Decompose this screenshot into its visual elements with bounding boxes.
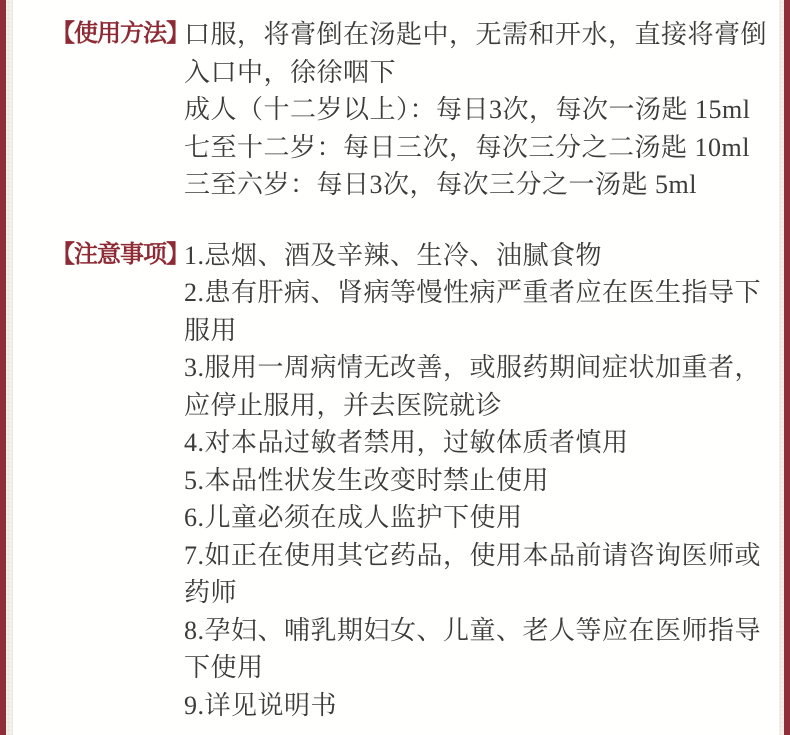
instructions-panel: 【使用方法】 口服，将膏倒在汤匙中，无需和开水，直接将膏倒 入口中，徐徐咽下 成…	[13, 0, 779, 735]
precaution-line: 1.忌烟、酒及辛辣、生冷、油腻食物	[184, 237, 761, 275]
precaution-line: 服用	[184, 312, 761, 350]
precautions-section: 【注意事项】 1.忌烟、酒及辛辣、生冷、油腻食物 2.患有肝病、肾病等慢性病严重…	[51, 237, 761, 725]
precaution-line: 2.患有肝病、肾病等慢性病严重者应在医生指导下	[184, 274, 761, 312]
precautions-section-body: 1.忌烟、酒及辛辣、生冷、油腻食物 2.患有肝病、肾病等慢性病严重者应在医生指导…	[184, 237, 761, 725]
precaution-line: 5.本品性状发生改变时禁止使用	[184, 462, 761, 500]
precaution-line: 应停止服用，并去医院就诊	[184, 387, 761, 425]
usage-section-label: 【使用方法】	[51, 16, 184, 54]
usage-line: 七至十二岁：每日三次，每次三分之二汤匙 10ml	[184, 129, 767, 167]
precaution-line: 8.孕妇、哺乳期妇女、儿童、老人等应在医师指导	[184, 612, 761, 650]
precaution-line: 3.服用一周病情无改善，或服药期间症状加重者，	[184, 349, 761, 387]
product-instructions-page: { "page": { "background_color": "#f5f1ea…	[0, 0, 790, 735]
left-accent-bar	[0, 0, 6, 735]
usage-section: 【使用方法】 口服，将膏倒在汤匙中，无需和开水，直接将膏倒 入口中，徐徐咽下 成…	[51, 16, 761, 204]
usage-line: 成人（十二岁以上）：每日3次，每次一汤匙 15ml	[184, 91, 767, 129]
precaution-line: 9.详见说明书	[184, 687, 761, 725]
precaution-line: 下使用	[184, 649, 761, 687]
usage-section-body: 口服，将膏倒在汤匙中，无需和开水，直接将膏倒 入口中，徐徐咽下 成人（十二岁以上…	[184, 16, 767, 204]
usage-line: 三至六岁：每日3次，每次三分之一汤匙 5ml	[184, 166, 767, 204]
precaution-line: 7.如正在使用其它药品，使用本品前请咨询医师或	[184, 537, 761, 575]
usage-line: 口服，将膏倒在汤匙中，无需和开水，直接将膏倒	[184, 16, 767, 54]
right-accent-bar	[784, 0, 790, 735]
precaution-line: 6.儿童必须在成人监护下使用	[184, 499, 761, 537]
precaution-line: 4.对本品过敏者禁用，过敏体质者慎用	[184, 424, 761, 462]
precautions-section-label: 【注意事项】	[51, 237, 184, 275]
usage-line: 入口中，徐徐咽下	[184, 54, 767, 92]
precaution-line: 药师	[184, 574, 761, 612]
